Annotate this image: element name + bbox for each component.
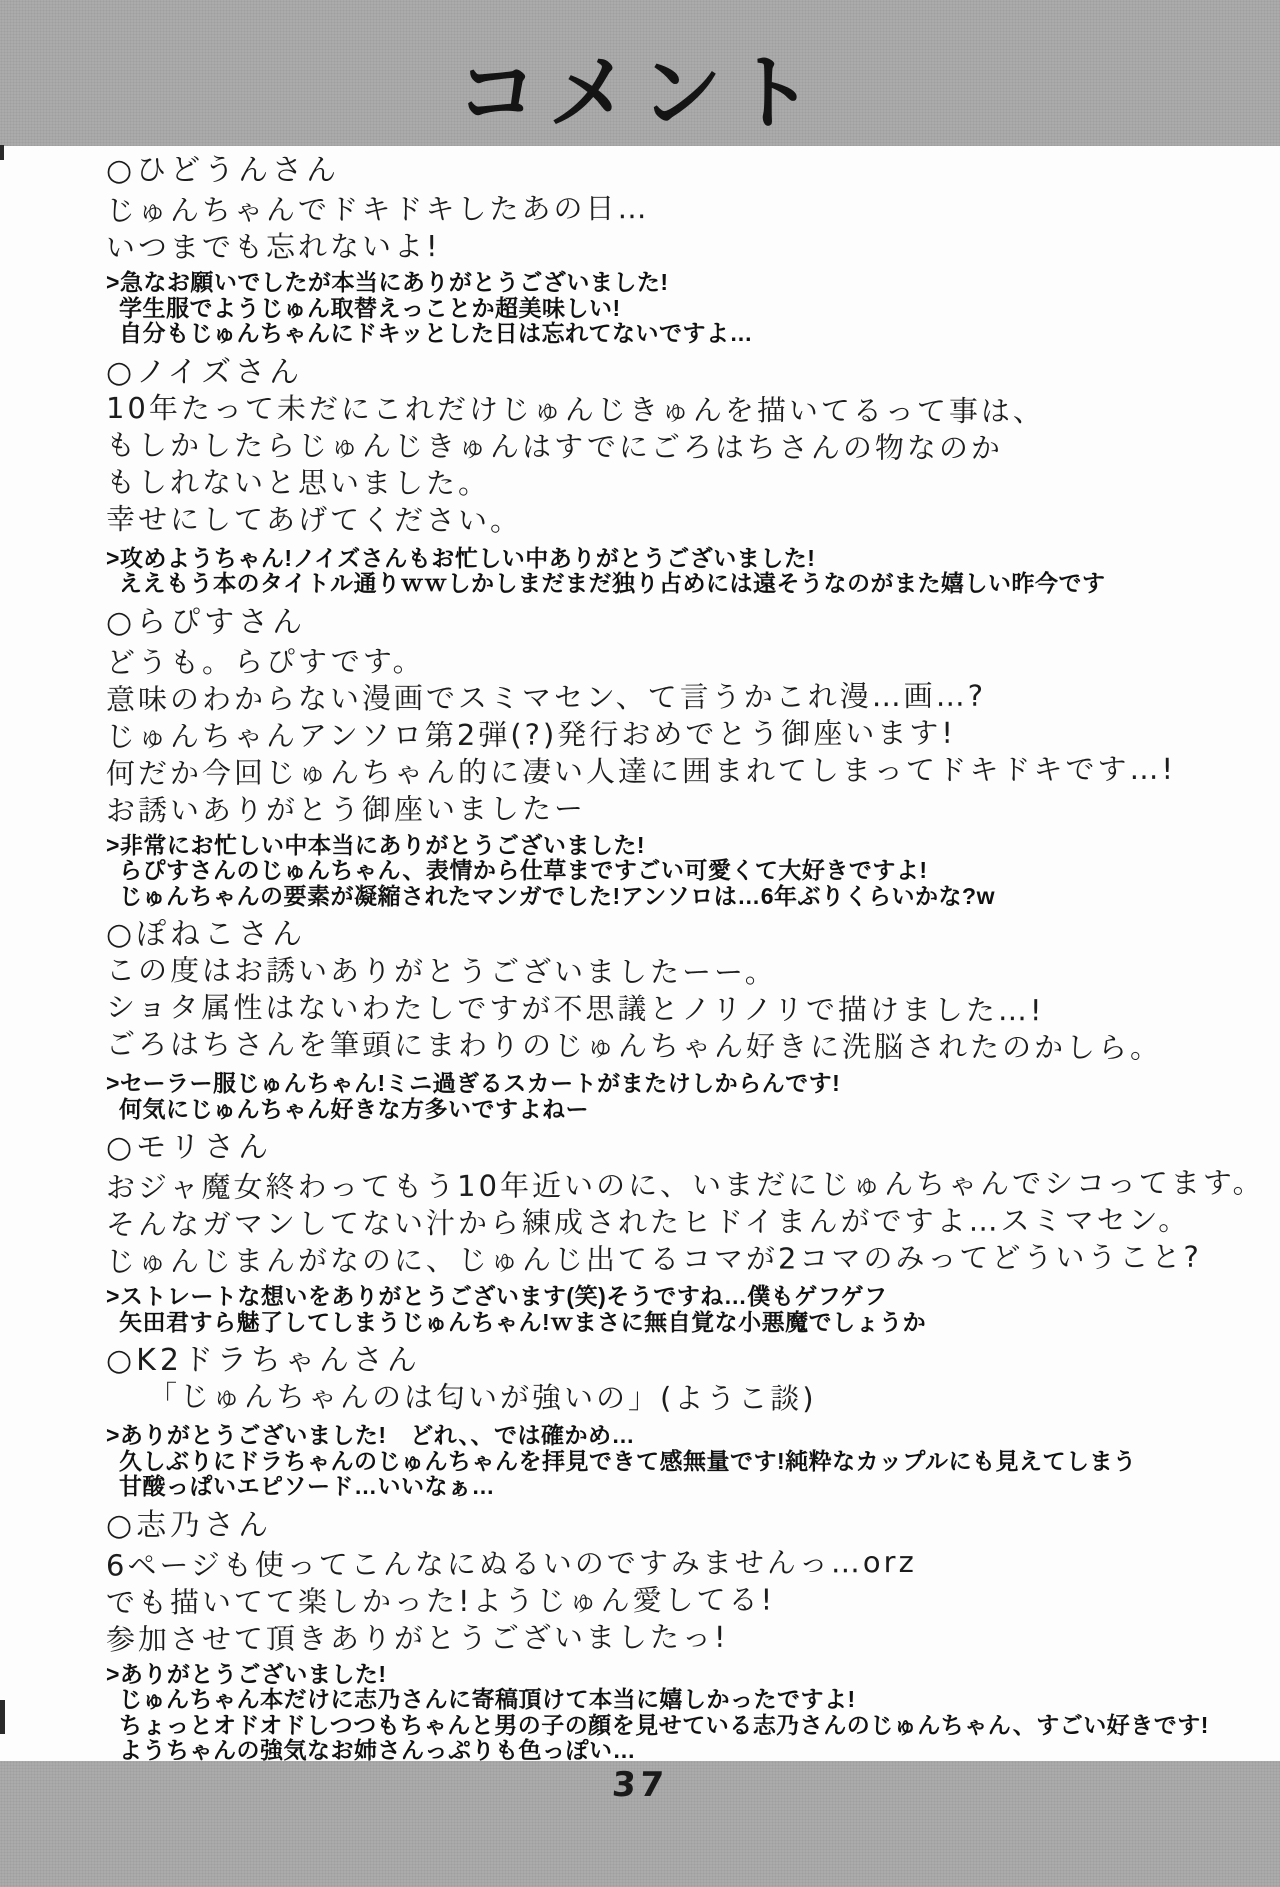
comment-section: ○らぴすさんどうも。らぴすです。意味のわからない漫画でスミマセン、て言うかこれ漫…: [106, 604, 1250, 910]
comment-line: じゅんちゃんアンソロ第2弾(?)発行おめでとう御座います!: [106, 713, 1250, 755]
editor-reply-line: 学生服でようじゅん取替えっことか超美味しい!: [106, 296, 1250, 322]
comment-line: 10年たって未だにこれだけじゅんじきゅんを描いてるって事は、: [106, 390, 1250, 431]
editor-reply-line: >セーラー服じゅんちゃん!ミニ過ぎるスカートがまたけしからんです!: [106, 1071, 1250, 1097]
editor-reply-line: じゅんちゃんの要素が凝縮されたマンガでした!アンソロは…6年ぶりくらいかな?w: [106, 884, 1250, 910]
comment-section: ○K2ドラちゃんさん「じゅんちゃんのは匂いが強いの」(ようこ談)>ありがとうござ…: [106, 1342, 1250, 1500]
comment-line: この度はお誘いありがとうございましたーー。: [106, 952, 1250, 993]
editor-reply-line: ちょっとオドオドしつつもちゃんと男の子の顔を見せている志乃さんのじゅんちゃん、す…: [106, 1713, 1250, 1739]
scan-edge-artifact: [0, 1700, 5, 1734]
editor-reply-line: ようちゃんの強気なお姉さんっぷりも色っぽい…: [106, 1738, 1250, 1761]
comment-section: ○ひどうんさんじゅんちゃんでドキドキしたあの日…いつまでも忘れないよ!>急なお願…: [106, 152, 1250, 347]
editor-reply-block: >攻めようちゃん!ノイズさんもお忙しい中ありがとうございました!ええもう本のタイ…: [106, 546, 1250, 597]
comment-line: お誘いありがとう御座いましたー: [106, 787, 1250, 829]
editor-reply-line: じゅんちゃん本だけに志乃さんに寄稿頂けて本当に嬉しかったですよ!: [106, 1687, 1250, 1713]
comment-line: 意味のわからない漫画でスミマセン、て言うかこれ漫…画…?: [106, 676, 1250, 718]
comment-line: いつまでも忘れないよ!: [106, 225, 1250, 267]
editor-reply-line: >非常にお忙しい中本当にありがとうございました!: [106, 833, 1250, 859]
comment-line: 幸せにしてあげてください。: [106, 501, 1250, 542]
footer-band: 37: [0, 1761, 1280, 1887]
comment-line: ショタ属性はないわたしですが不思議とノリノリで描けました…!: [106, 989, 1250, 1030]
commenter-name: ○モリさん: [106, 1129, 1250, 1167]
header-band: コメント: [0, 0, 1280, 146]
commenter-name: ○K2ドラちゃんさん: [106, 1342, 1250, 1380]
comment-line: もしれないと思いました。: [106, 464, 1250, 505]
editor-reply-block: >セーラー服じゅんちゃん!ミニ過ぎるスカートがまたけしからんです!何気にじゅんち…: [106, 1071, 1250, 1122]
editor-reply-line: 自分もじゅんちゃんにドキッとした日は忘れてないですよ…: [106, 321, 1250, 347]
scan-edge-artifact: [0, 145, 4, 160]
editor-reply-line: らぴすさんのじゅんちゃん、表情から仕草まですごい可愛くて大好きですよ!: [106, 858, 1250, 884]
commenter-name: ○ひどうんさん: [106, 152, 1250, 190]
comments-list: ○ひどうんさんじゅんちゃんでドキドキしたあの日…いつまでも忘れないよ!>急なお願…: [0, 146, 1280, 1761]
scanned-doujinshi-page: コメント ○ひどうんさんじゅんちゃんでドキドキしたあの日…いつまでも忘れないよ!…: [0, 0, 1280, 1887]
editor-reply-line: 矢田君すら魅了してしまうじゅんちゃん!ｗまさに無自覚な小悪魔でしょうか: [106, 1310, 1250, 1336]
editor-reply-block: >ありがとうございました! どれ、、では確かめ…久しぶりにドラちゃんのじゅんちゃ…: [106, 1423, 1250, 1500]
comment-line: どうも。らぴすです。: [106, 639, 1250, 681]
editor-reply-block: >非常にお忙しい中本当にありがとうございました!らぴすさんのじゅんちゃん、表情か…: [106, 833, 1250, 910]
editor-reply-line: 何気にじゅんちゃん好きな方多いですよねー: [106, 1097, 1250, 1123]
comment-section: ○モリさんおジャ魔女終わってもう10年近いのに、いまだにじゅんちゃんでシコってま…: [106, 1129, 1250, 1335]
comment-line: じゅんじまんがなのに、じゅんじ出てるコマが2コマのみってどういうこと?: [106, 1239, 1250, 1281]
comment-line: ごろはちさんを筆頭にまわりのじゅんちゃん好きに洗脳されたのかしら。: [106, 1026, 1250, 1067]
editor-reply-line: ええもう本のタイトル通りｗｗしかしまだまだ独り占めには遠そうなのがまた嬉しい昨今…: [106, 571, 1250, 597]
comment-line: じゅんちゃんでドキドキしたあの日…: [106, 188, 1250, 230]
comment-line: 参加させて頂きありがとうございましたっ!: [106, 1616, 1250, 1658]
editor-reply-block: >ありがとうございました!じゅんちゃん本だけに志乃さんに寄稿頂けて本当に嬉しかっ…: [106, 1662, 1250, 1762]
comment-line: おジャ魔女終わってもう10年近いのに、いまだにじゅんちゃんでシコってます。: [106, 1165, 1250, 1207]
editor-reply-line: 甘酸っぱいエピソード…いいなぁ…: [106, 1474, 1250, 1500]
commenter-name: ○ぽねこさん: [106, 916, 1250, 954]
page-number: 37: [0, 1761, 1280, 1805]
commenter-name: ○らぴすさん: [106, 604, 1250, 642]
editor-reply-block: >急なお願いでしたが本当にありがとうございました!学生服でようじゅん取替えっこと…: [106, 270, 1250, 347]
commenter-name: ○ノイズさん: [106, 354, 1250, 392]
editor-reply-line: 久しぶりにドラちゃんのじゅんちゃんを拝見できて感無量です!純粋なカップルにも見え…: [106, 1449, 1250, 1475]
comment-line: 6ページも使ってこんなにぬるいのですみませんっ…orz: [106, 1542, 1250, 1584]
comment-section: ○ノイズさん10年たって未だにこれだけじゅんじきゅんを描いてるって事は、もしかし…: [106, 354, 1250, 597]
editor-reply-line: >急なお願いでしたが本当にありがとうございました!: [106, 270, 1250, 296]
comment-section: ○ぽねこさんこの度はお誘いありがとうございましたーー。ショタ属性はないわたしです…: [106, 916, 1250, 1122]
editor-reply-line: >攻めようちゃん!ノイズさんもお忙しい中ありがとうございました!: [106, 546, 1250, 572]
page-title: コメント: [0, 0, 1280, 145]
editor-reply-line: >ありがとうございました! どれ、、では確かめ…: [106, 1423, 1250, 1449]
editor-reply-line: >ありがとうございました!: [106, 1662, 1250, 1688]
editor-reply-line: >ストレートな想いをありがとうございます(笑)そうですね…僕もゲフゲフ: [106, 1284, 1250, 1310]
comment-line: でも描いてて楽しかった!ようじゅん愛してる!: [106, 1579, 1250, 1621]
comment-section: ○志乃さん6ページも使ってこんなにぬるいのですみませんっ…orzでも描いてて楽し…: [106, 1507, 1250, 1762]
comment-line: もしかしたらじゅんじきゅんはすでにごろはちさんの物なのか: [106, 427, 1250, 468]
comment-line: 「じゅんちゃんのは匂いが強いの」(ようこ談): [106, 1378, 1250, 1419]
comment-line: そんなガマンしてない汁から練成されたヒドイまんがですよ…スミマセン。: [106, 1202, 1250, 1244]
comment-line: 何だか今回じゅんちゃん的に凄い人達に囲まれてしまってドキドキです…!: [106, 750, 1250, 792]
commenter-name: ○志乃さん: [106, 1507, 1250, 1545]
editor-reply-block: >ストレートな想いをありがとうございます(笑)そうですね…僕もゲフゲフ矢田君すら…: [106, 1284, 1250, 1335]
